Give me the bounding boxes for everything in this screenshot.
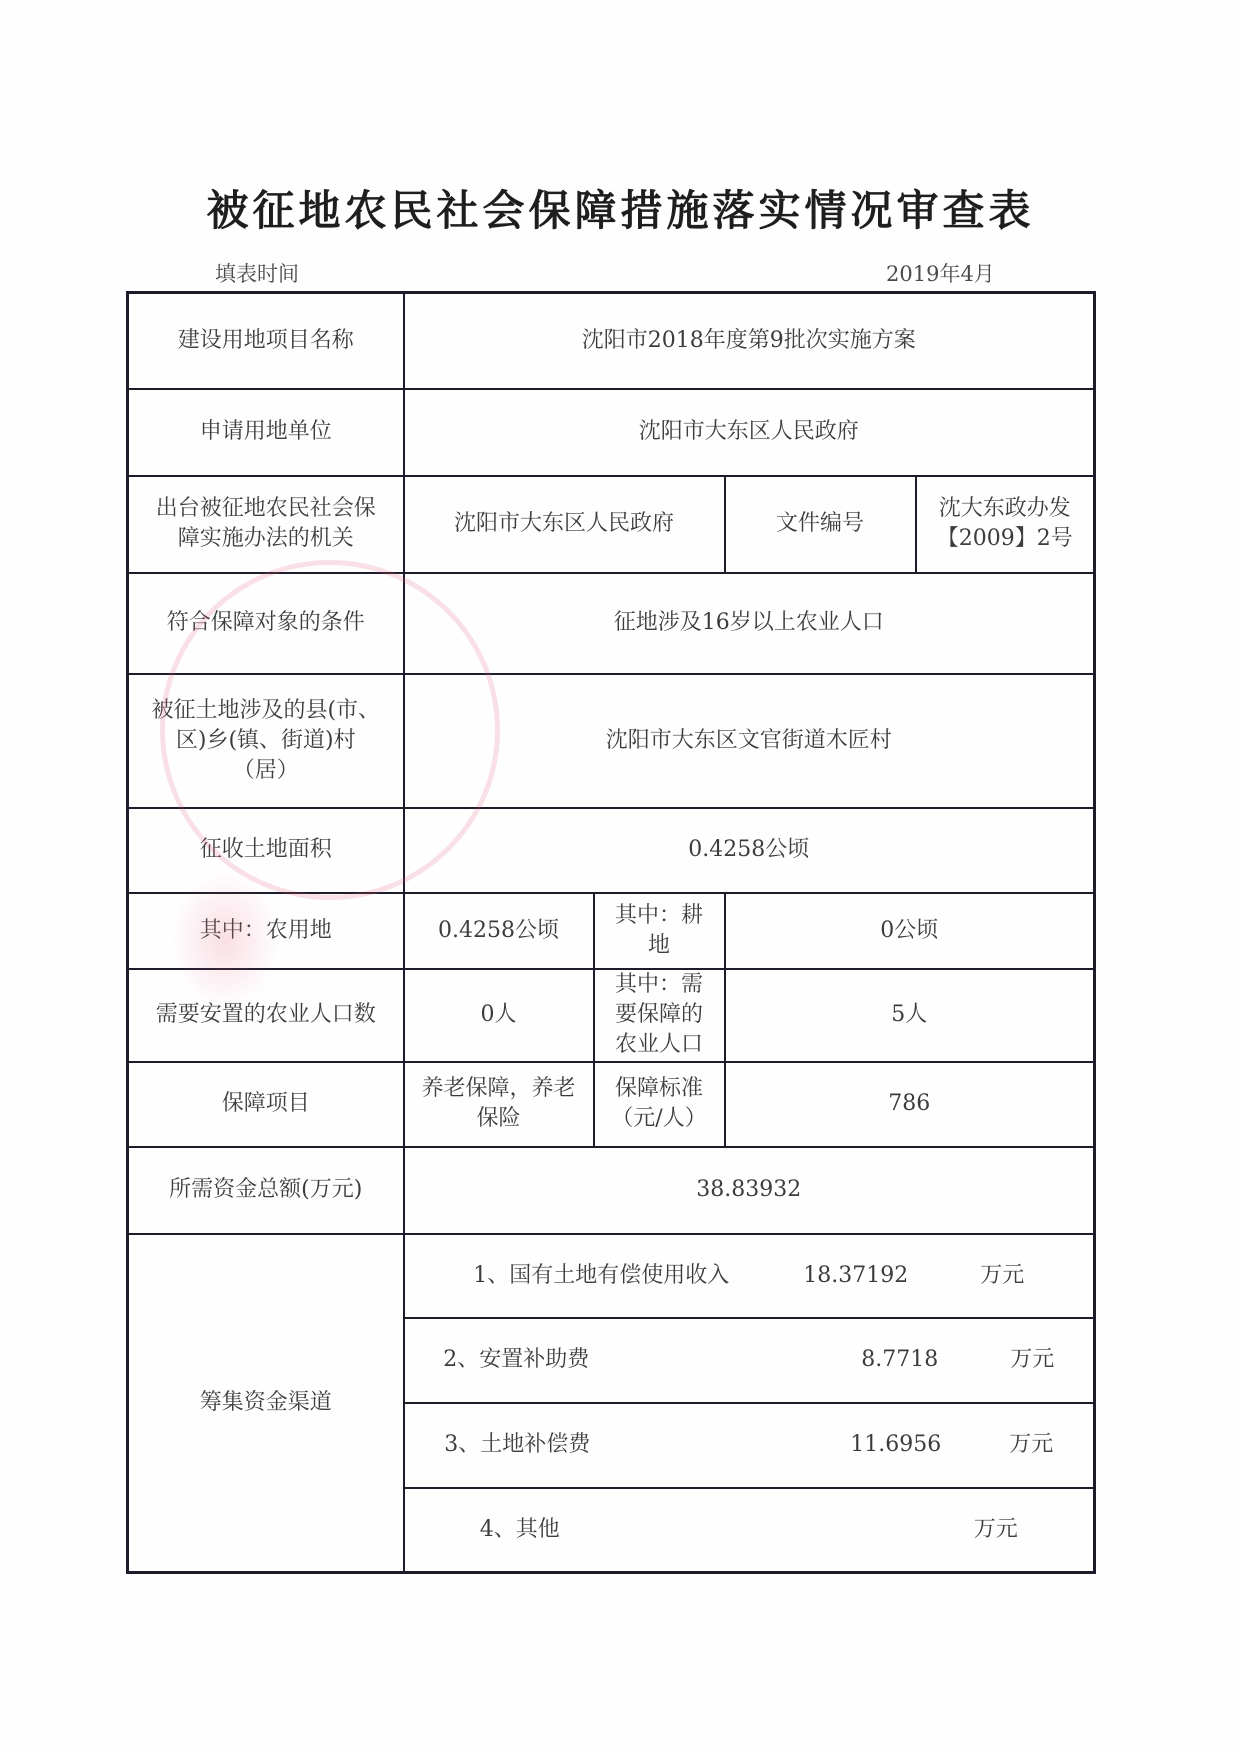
- applicant-label: 申请用地单位: [128, 389, 404, 476]
- security-item-value-line2: 保险: [411, 1104, 587, 1134]
- security-standard-label-line1: 保障标准: [601, 1074, 718, 1104]
- location-value: 沈阳市大东区文官街道木匠村: [404, 674, 1095, 808]
- resettle-population-label: 需要安置的农业人口数: [128, 969, 404, 1062]
- document-title: 被征地农民社会保障措施落实情况审查表: [0, 178, 1241, 238]
- security-standard-value: 786: [725, 1062, 1095, 1147]
- cultivated-land-label: 其中：耕 地: [594, 893, 725, 969]
- project-name-label: 建设用地项目名称: [128, 293, 404, 389]
- row-eligibility: 符合保障对象的条件 征地涉及16岁以上农业人口: [128, 573, 1095, 674]
- doc-number-label: 文件编号: [725, 476, 916, 573]
- issuing-authority-label: 出台被征地农民社会保 障实施办法的机关: [128, 476, 404, 573]
- fund-channel-4: 4、其他 万元: [404, 1488, 1095, 1573]
- location-label-line1: 被征土地涉及的县(市、: [135, 696, 397, 726]
- fund-channel-2: 2、安置补助费 8.7718 万元: [404, 1318, 1095, 1403]
- fund-channel-unit: 万元: [980, 1263, 1024, 1288]
- project-name-value: 沈阳市2018年度第9批次实施方案: [404, 293, 1095, 389]
- security-item-value: 养老保障，养老 保险: [404, 1062, 594, 1147]
- land-area-value: 0.4258公顷: [404, 808, 1095, 893]
- eligibility-value: 征地涉及16岁以上农业人口: [404, 573, 1095, 674]
- fund-channel-amount: 11.6956: [850, 1432, 941, 1457]
- land-area-label: 征收土地面积: [128, 808, 404, 893]
- fund-channel-1: 1、国有土地有偿使用收入 18.37192 万元: [404, 1234, 1095, 1318]
- fund-channel-row: 筹集资金渠道 1、国有土地有偿使用收入 18.37192 万元: [128, 1234, 1095, 1318]
- row-population: 需要安置的农业人口数 0人 其中：需 要保障的 农业人口 5人: [128, 969, 1095, 1062]
- farmland-value: 0.4258公顷: [404, 893, 594, 969]
- security-item-value-line1: 养老保障，养老: [411, 1074, 587, 1104]
- farmland-label: 其中：农用地: [128, 893, 404, 969]
- secured-population-label-line3: 农业人口: [601, 1030, 718, 1060]
- location-label-line3: （居）: [135, 756, 397, 786]
- fund-channel-name: 2、安置补助费: [443, 1347, 589, 1372]
- total-funds-value: 38.83932: [404, 1147, 1095, 1234]
- security-standard-label: 保障标准 （元/人）: [594, 1062, 725, 1147]
- applicant-value: 沈阳市大东区人民政府: [404, 389, 1095, 476]
- secured-population-label-line1: 其中：需: [601, 970, 718, 1000]
- cultivated-land-label-line2: 地: [601, 931, 718, 961]
- secured-population-label-line2: 要保障的: [601, 1000, 718, 1030]
- security-standard-label-line2: （元/人）: [601, 1104, 718, 1134]
- issuing-authority-value: 沈阳市大东区人民政府: [404, 476, 725, 573]
- doc-number-line2: 【2009】2号: [923, 524, 1088, 554]
- doc-number-value: 沈大东政办发 【2009】2号: [916, 476, 1095, 573]
- doc-number-line1: 沈大东政办发: [923, 494, 1088, 524]
- secured-population-value: 5人: [725, 969, 1095, 1062]
- resettle-population-value: 0人: [404, 969, 594, 1062]
- fund-channel-unit: 万元: [1010, 1347, 1054, 1372]
- total-funds-label: 所需资金总额(万元): [128, 1147, 404, 1234]
- row-total-funds: 所需资金总额(万元) 38.83932: [128, 1147, 1095, 1234]
- row-location: 被征土地涉及的县(市、 区)乡(镇、街道)村 （居） 沈阳市大东区文官街道木匠村: [128, 674, 1095, 808]
- eligibility-label: 符合保障对象的条件: [128, 573, 404, 674]
- row-applicant: 申请用地单位 沈阳市大东区人民政府: [128, 389, 1095, 476]
- fund-channel-unit: 万元: [974, 1517, 1018, 1542]
- fund-channel-unit: 万元: [1009, 1432, 1053, 1457]
- security-item-label: 保障项目: [128, 1062, 404, 1147]
- row-issuing-authority: 出台被征地农民社会保 障实施办法的机关 沈阳市大东区人民政府 文件编号 沈大东政…: [128, 476, 1095, 573]
- fund-channel-name: 1、国有土地有偿使用收入: [473, 1263, 729, 1288]
- fund-channel-name: 3、土地补偿费: [444, 1432, 590, 1457]
- row-land-area: 征收土地面积 0.4258公顷: [128, 808, 1095, 893]
- fund-channel-name: 4、其他: [480, 1517, 560, 1542]
- document-page: 被征地农民社会保障措施落实情况审查表 填表时间 2019年4月 建设用地项目名称…: [0, 0, 1241, 1754]
- location-label-line2: 区)乡(镇、街道)村: [135, 726, 397, 756]
- issuing-authority-label-line1: 出台被征地农民社会保: [135, 494, 397, 524]
- cultivated-land-label-line1: 其中：耕: [601, 901, 718, 931]
- fund-channel-amount: 18.37192: [803, 1263, 908, 1288]
- row-farmland: 其中：农用地 0.4258公顷 其中：耕 地 0公顷: [128, 893, 1095, 969]
- row-security-item: 保障项目 养老保障，养老 保险 保障标准 （元/人） 786: [128, 1062, 1095, 1147]
- fill-time-label: 填表时间: [215, 258, 299, 288]
- cultivated-land-value: 0公顷: [725, 893, 1095, 969]
- fund-channel-amount: 8.7718: [861, 1347, 938, 1372]
- review-form-table: 建设用地项目名称 沈阳市2018年度第9批次实施方案 申请用地单位 沈阳市大东区…: [126, 291, 1096, 1574]
- fill-time-value: 2019年4月: [886, 258, 995, 288]
- fund-channels-label: 筹集资金渠道: [128, 1234, 404, 1573]
- fund-channel-3: 3、土地补偿费 11.6956 万元: [404, 1403, 1095, 1488]
- secured-population-label: 其中：需 要保障的 农业人口: [594, 969, 725, 1062]
- row-project-name: 建设用地项目名称 沈阳市2018年度第9批次实施方案: [128, 293, 1095, 389]
- issuing-authority-label-line2: 障实施办法的机关: [135, 524, 397, 554]
- location-label: 被征土地涉及的县(市、 区)乡(镇、街道)村 （居）: [128, 674, 404, 808]
